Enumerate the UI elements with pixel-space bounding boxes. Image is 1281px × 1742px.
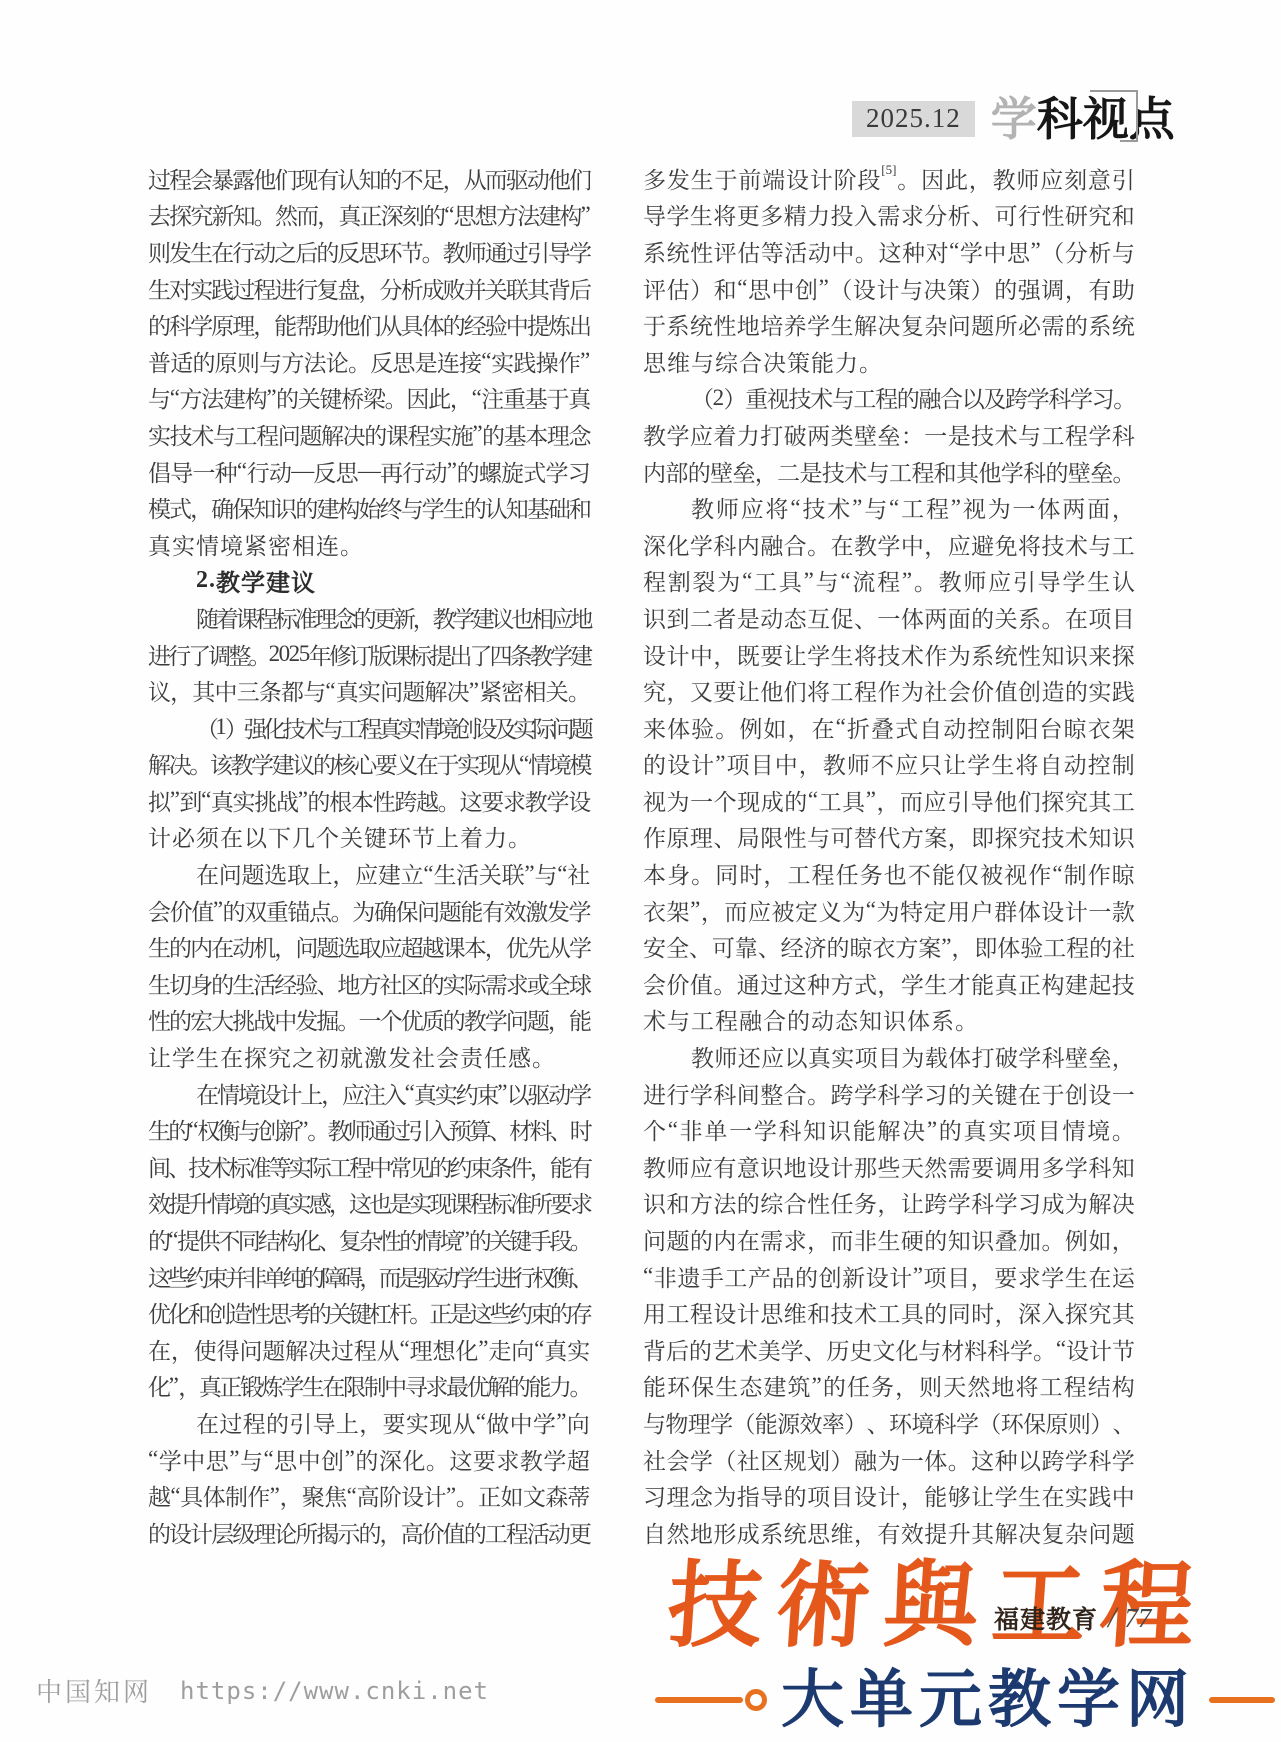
text-line: 的“提供不同结构化、复杂性的情境”的关键手段。 <box>148 1221 590 1258</box>
right-dash-line <box>1209 1697 1275 1703</box>
right-column: 多发生于前端设计阶段[5]。因此，教师应刻意引导学生将更多精力投入需求分析、可行… <box>643 160 1135 1551</box>
text-line: 作原理、局限性与可替代方案，即探究技术知识 <box>643 819 1135 856</box>
text-line: 习理念为指导的项目设计，能够让学生在实践中 <box>643 1477 1135 1514</box>
text-line: （1）强化技术与工程真实情境创设及实际问题 <box>148 709 590 746</box>
text-line: 在，使得问题解决过程从“理想化”走向“真实 <box>148 1331 590 1368</box>
column-title: 学科视点 <box>991 96 1175 142</box>
text-line: 进行学科间整合。跨学科学习的关键在于创设一 <box>643 1075 1135 1112</box>
text-line: 安全、可靠、经济的晾衣方案”，即体验工程的社 <box>643 928 1135 965</box>
text-line: 则发生在行动之后的反思环节。教师通过引导学 <box>148 233 590 270</box>
text-line: 系统性评估等活动中。这种对“学中思”（分析与 <box>643 233 1135 270</box>
text-line: “学中思”与“思中创”的深化。这要求教学超 <box>148 1441 590 1478</box>
text-line: 优化和创造性思考的关键杠杆。正是这些约束的存 <box>148 1294 590 1331</box>
text-line: 识和方法的综合性任务，让跨学科学习成为解决 <box>643 1185 1135 1222</box>
text-line: （2）重视技术与工程的融合以及跨学科学习。 <box>643 380 1135 417</box>
watermark-text: 大单元教学网 <box>781 1669 1195 1732</box>
text-line: 教师还应以真实项目为载体打破学科壁垒， <box>643 1038 1135 1075</box>
text-line: 真实情境紧密相连。 <box>148 526 590 563</box>
text-line: 与“方法建构”的关键桥梁。因此，“注重基于真 <box>148 380 590 417</box>
text-line: 模式，确保知识的建构始终与学生的认知基础和 <box>148 489 590 526</box>
text-line: 倡导一种“行动—反思—再行动”的螺旋式学习 <box>148 453 590 490</box>
text-line: 在过程的引导上，要实现从“做中学”向 <box>148 1404 590 1441</box>
text-line: 术与工程融合的动态知识体系。 <box>643 1002 1135 1039</box>
text-line: 识到二者是动态互促、一体两面的关系。在项目 <box>643 599 1135 636</box>
page-number: 77 <box>1124 1603 1151 1634</box>
text-line: 生的内在动机，问题选取应超越课本，优先从学 <box>148 928 590 965</box>
text-line: 让学生在探究之初就激发社会责任感。 <box>148 1038 590 1075</box>
left-dash-line <box>655 1697 743 1703</box>
cnki-footer: 中国知网 https://www.cnki.net <box>36 1672 489 1709</box>
text-line: 效提升情境的真实感，这也是实现课程标准所要求 <box>148 1185 590 1222</box>
citation-marker: [5] <box>881 163 896 176</box>
text-line: 的科学原理，能帮助他们从具体的经验中提炼出 <box>148 306 590 343</box>
ring-icon <box>745 1689 767 1711</box>
journal-name: 福建教育 <box>994 1600 1098 1636</box>
text-line: 程割裂为“工具”与“流程”。教师应引导学生认 <box>643 563 1135 600</box>
text-line: 设计中，既要让学生将技术作为系统性知识来探 <box>643 636 1135 673</box>
text-line: 于系统性地培养学生解决复杂问题所必需的系统 <box>643 306 1135 343</box>
text-line: 生切身的生活经验、地方社区的实际需求或全球 <box>148 965 590 1002</box>
text-line: 在问题选取上，应建立“生活关联”与“社 <box>148 855 590 892</box>
watermark-row: 大单元教学网 <box>655 1664 1275 1736</box>
text-line: 越“具体制作”，聚焦“高阶设计”。正如文森蒂 <box>148 1477 590 1514</box>
text-line: 间、技术标准等实际工程中常见的约束条件，能有 <box>148 1148 590 1185</box>
text-line: 议，其中三条都与“真实问题解决”紧密相关。 <box>148 672 590 709</box>
text-line: 生的“权衡与创新”。教师通过引入预算、材料、时 <box>148 1111 590 1148</box>
text-line: 社会学（社区规划）融为一体。这种以跨学科学 <box>643 1441 1135 1478</box>
left-column: 过程会暴露他们现有认知的不足，从而驱动他们去探究新知。然而，真正深刻的“思想方法… <box>148 160 590 1551</box>
text-line: 教师应将“技术”与“工程”视为一体两面， <box>643 489 1135 526</box>
text-line: 教师应有意识地设计那些天然需要调用多学科知 <box>643 1148 1135 1185</box>
text-line: 过程会暴露他们现有认知的不足，从而驱动他们 <box>148 160 590 197</box>
text-line: 教学应着力打破两类壁垒：一是技术与工程学科 <box>643 416 1135 453</box>
text-line: 衣架”，而应被定义为“为特定用户群体设计一款 <box>643 892 1135 929</box>
text-line: 随着课程标准理念的更新，教学建议也相应地 <box>148 599 590 636</box>
text-line: 能环保生态建筑”的任务，则天然地将工程结构 <box>643 1368 1135 1405</box>
issue-date: 2025.12 <box>852 101 975 137</box>
text-line: 自然地形成系统思维，有效提升其解决复杂问题 <box>643 1514 1135 1551</box>
text-line: 思维与综合决策能力。 <box>643 343 1135 380</box>
section-heading: 2.教学建议 <box>148 563 590 600</box>
text-line: 问题的内在需求，而非生硬的知识叠加。例如， <box>643 1221 1135 1258</box>
text-line: 的设计”项目中，教师不应只让学生将自动控制 <box>643 746 1135 783</box>
text-line: 本身。同时，工程任务也不能仅被视作“制作晾 <box>643 855 1135 892</box>
text-line: 的设计层级理论所揭示的，高价值的工程活动更 <box>148 1514 590 1551</box>
corner-bracket <box>1090 90 1138 142</box>
text-line: 背后的艺术美学、历史文化与材料科学。“设计节 <box>643 1331 1135 1368</box>
text-line: 个“非单一学科知识能解决”的真实项目情境。 <box>643 1111 1135 1148</box>
text-line: 实技术与工程问题解决的课程实施”的基本理念 <box>148 416 590 453</box>
text-line: 计必须在以下几个关键环节上着力。 <box>148 819 590 856</box>
page-separator: / <box>1108 1601 1116 1635</box>
journal-page-group: 福建教育 / 77 <box>994 1600 1151 1636</box>
text-line: 会价值”的双重锚点。为确保问题能有效激发学 <box>148 892 590 929</box>
text-line: 性的宏大挑战中发掘。一个优质的教学问题，能 <box>148 1002 590 1039</box>
text-line: 来体验。例如，在“折叠式自动控制阳台晾衣架 <box>643 709 1135 746</box>
text-line: 评估）和“思中创”（设计与决策）的强调，有助 <box>643 270 1135 307</box>
cnki-label: 中国知网 <box>36 1672 152 1709</box>
text-line: 去探究新知。然而，真正深刻的“思想方法建构” <box>148 197 590 234</box>
text-line: 会价值。通过这种方式，学生才能真正构建起技 <box>643 965 1135 1002</box>
text-line: “非遗手工产品的创新设计”项目，要求学生在运 <box>643 1258 1135 1295</box>
text-line: 用工程设计思维和技术工具的同时，深入探究其 <box>643 1294 1135 1331</box>
text-line: 究，又要让他们将工程作为社会价值创造的实践 <box>643 672 1135 709</box>
text-line: 普适的原则与方法论。反思是连接“实践操作” <box>148 343 590 380</box>
text-line: 内部的壁垒，二是技术与工程和其他学科的壁垒。 <box>643 453 1135 490</box>
text-line: 导学生将更多精力投入需求分析、可行性研究和 <box>643 197 1135 234</box>
text-line: 拟”到“真实挑战”的根本性跨越。这要求教学设 <box>148 782 590 819</box>
column-title-accent: 学 <box>991 93 1037 145</box>
text-line: 生对实践过程进行复盘，分析成败并关联其背后 <box>148 270 590 307</box>
page: { "header": { "issue": "2025.12", "title… <box>0 0 1281 1742</box>
cnki-url: https://www.cnki.net <box>180 1677 489 1705</box>
text-line: 化”，真正锻炼学生在限制中寻求最优解的能力。 <box>148 1368 590 1405</box>
text-line: 视为一个现成的“工具”，而应引导他们探究其工 <box>643 782 1135 819</box>
text-line: 多发生于前端设计阶段[5]。因此，教师应刻意引 <box>643 160 1135 197</box>
text-line: 进行了调整。2025年修订版课标提出了四条教学建 <box>148 636 590 673</box>
text-line: 深化学科内融合。在教学中，应避免将技术与工 <box>643 526 1135 563</box>
text-line: 与物理学（能源效率）、环境科学（环保原则）、 <box>643 1404 1135 1441</box>
text-line: 这些约束并非单纯的障碍，而是驱动学生进行权衡、 <box>148 1258 590 1295</box>
text-line: 在情境设计上，应注入“真实约束”以驱动学 <box>148 1075 590 1112</box>
text-line: 解决。该教学建议的核心要义在于实现从“情境模 <box>148 746 590 783</box>
